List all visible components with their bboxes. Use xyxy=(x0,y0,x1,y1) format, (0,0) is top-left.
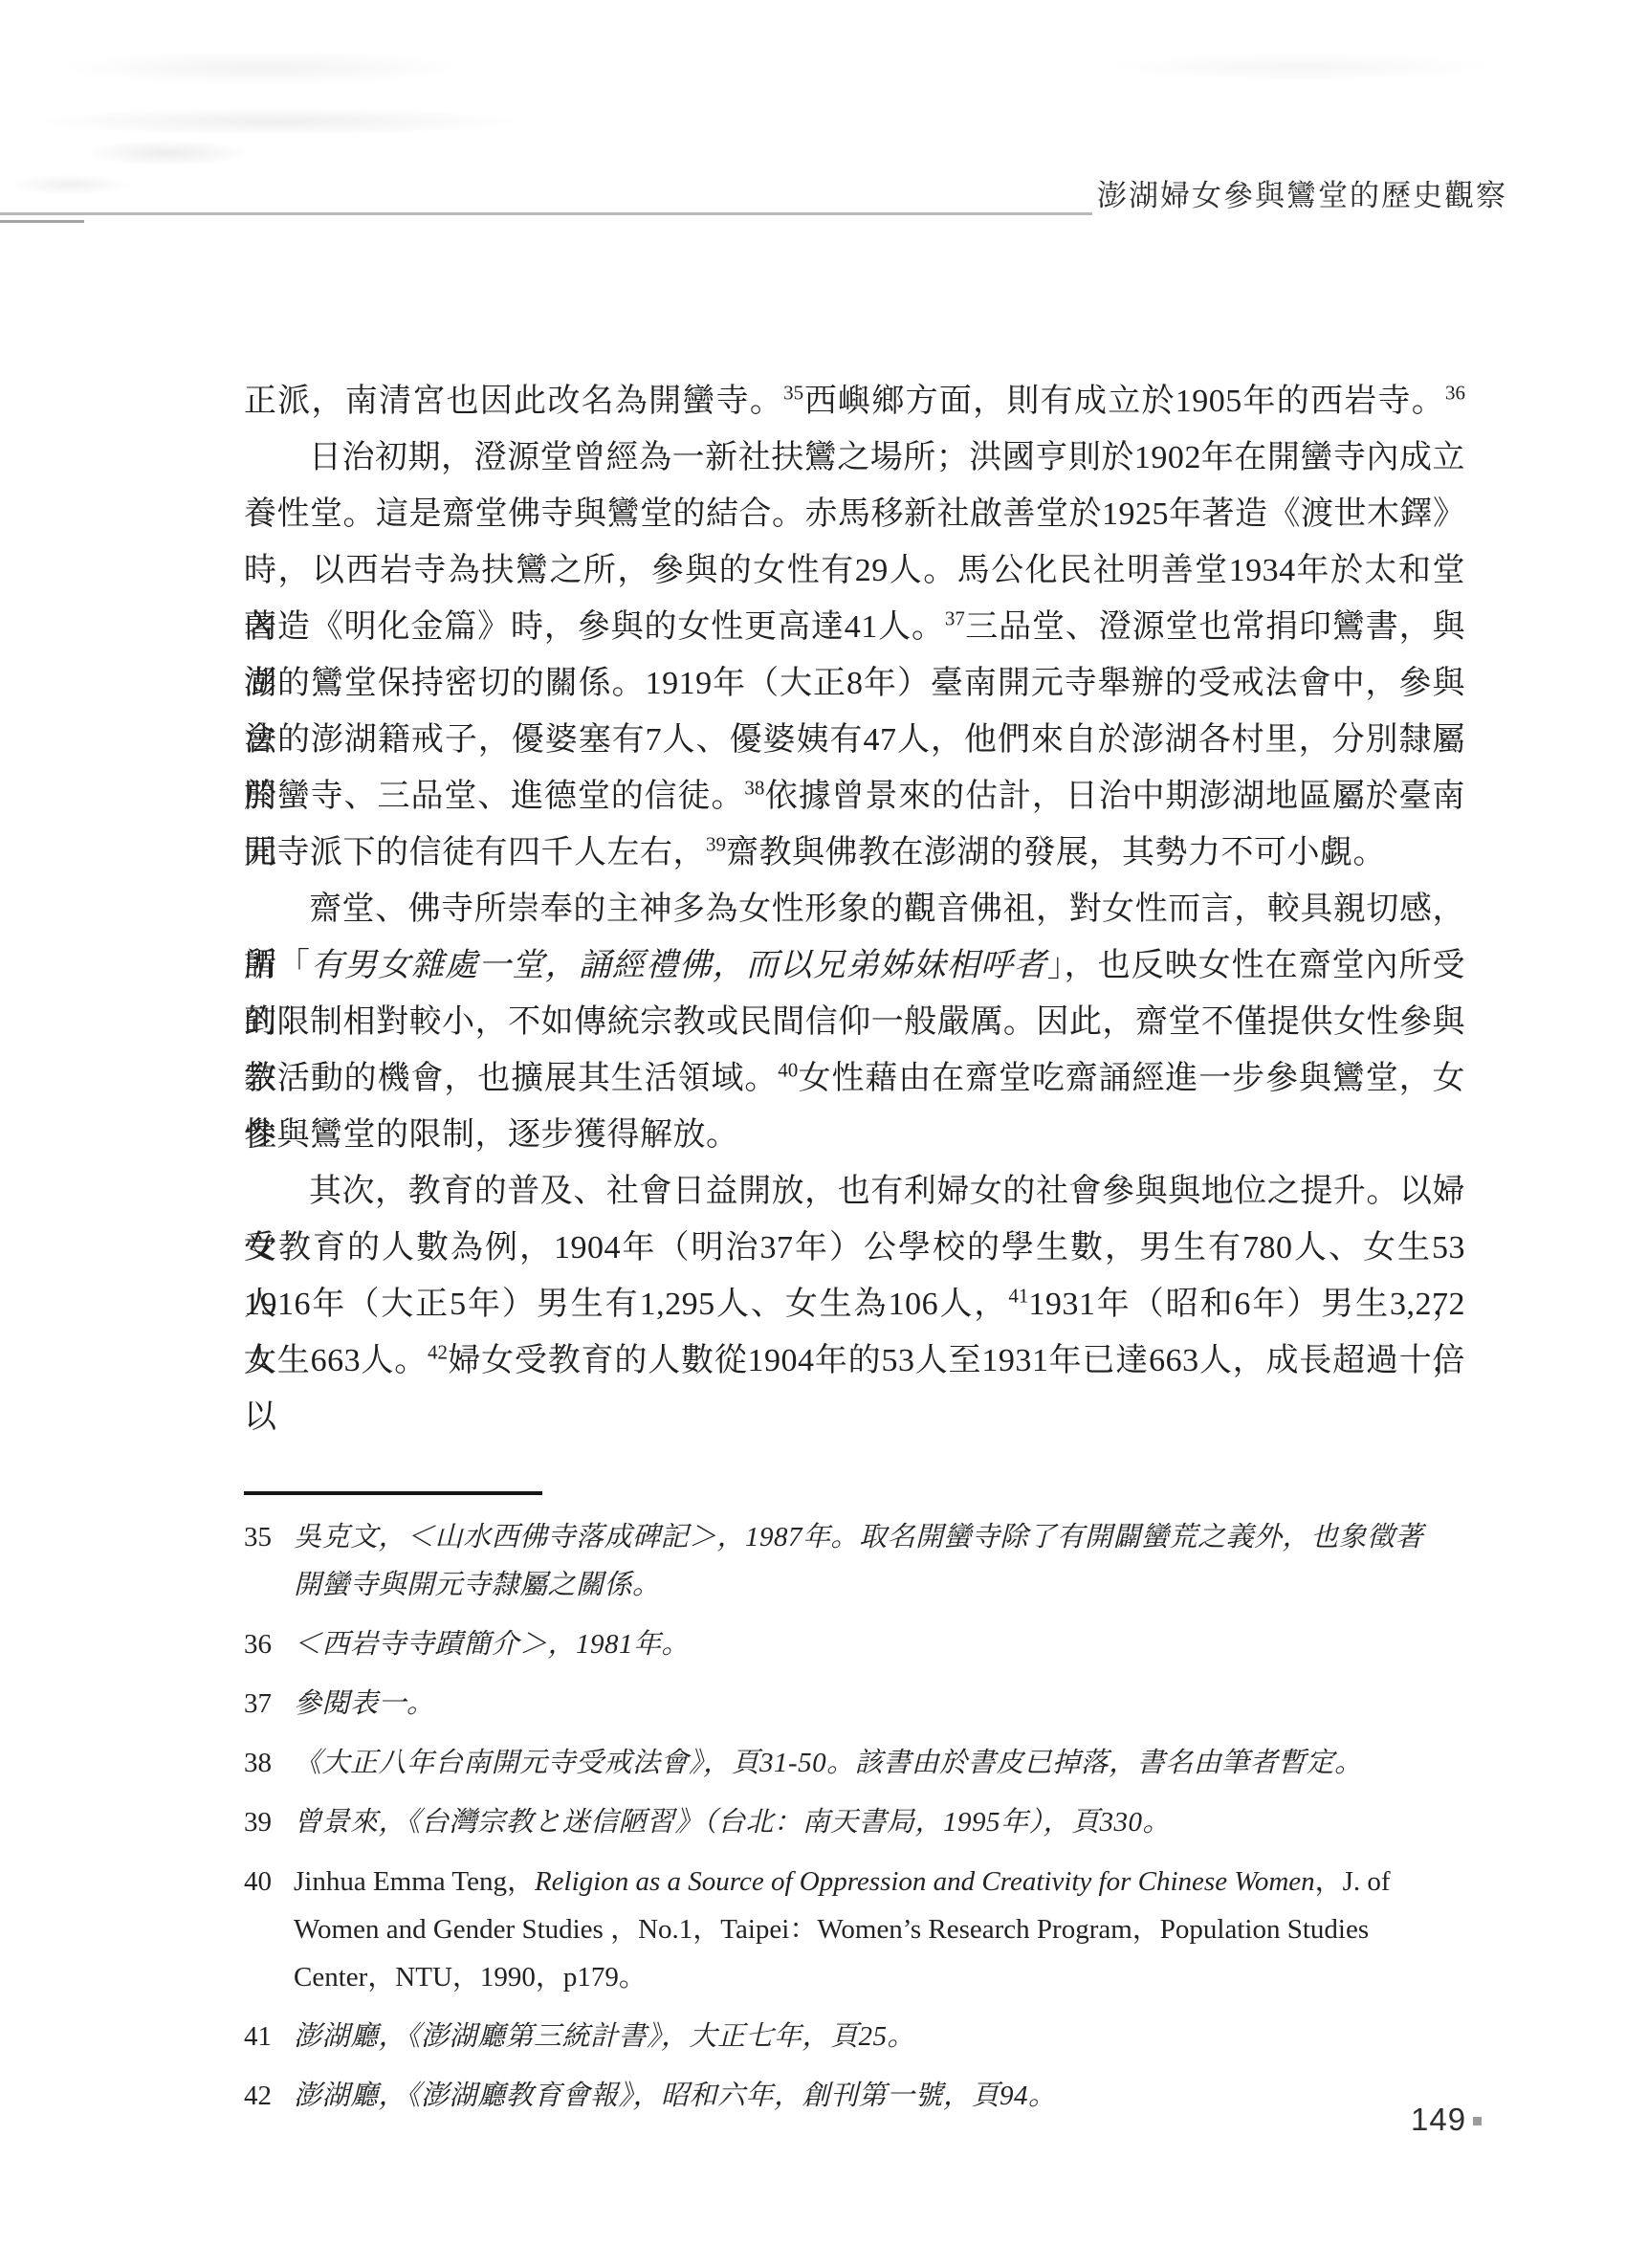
footnote-separator xyxy=(244,1491,542,1495)
text-segment: 開蠻寺與開元寺隸屬之關係。 xyxy=(294,1570,661,1600)
text-segment: 開蠻寺、三品堂、進德堂的信徒。 xyxy=(244,779,744,814)
text-line: 養性堂。這是齋堂佛寺與鸞堂的結合。赤馬移新社啟善堂於1925年著造《渡世木鐸》 xyxy=(244,486,1465,542)
footnote-line: ＜西岩寺寺蹟簡介＞，1981年。 xyxy=(294,1620,1487,1668)
footnote-line: 開蠻寺與開元寺隸屬之關係。 xyxy=(294,1561,1487,1609)
footnote: 40 Jinhua Emma Teng，Religion as a Source… xyxy=(244,1858,1487,2001)
text-line: 開蠻寺、三品堂、進德堂的信徒。38依據曾景來的估計，日治中期澎湖地區屬於臺南開 xyxy=(244,768,1465,825)
text-segment: 有男女雜處一堂，誦經禮佛，而以兄弟姊妹相呼者 xyxy=(311,948,1047,983)
body-text: 正派，南清宮也因此改名為開蠻寺。35西嶼鄉方面，則有成立於1905年的西岩寺。3… xyxy=(244,373,1465,1389)
text-segment: 謂「 xyxy=(244,948,311,983)
text-segment: Center，NTU，1990，p179。 xyxy=(294,1962,647,1993)
header-rule-stub xyxy=(0,220,84,223)
text-segment: 1916年（大正5年）男生有1,295人、女生為106人， xyxy=(244,1287,1008,1322)
page-number-marker xyxy=(1473,2117,1482,2125)
footnote-reference: 42 xyxy=(428,1341,448,1364)
scan-artifact xyxy=(24,107,531,136)
footnote-number: 36 xyxy=(244,1620,272,1668)
footnote-number: 39 xyxy=(244,1798,272,1846)
scan-artifact xyxy=(57,50,469,86)
text-line: 齋堂、佛寺所崇奉的主神多為女性形象的觀音佛祖，對女性而言，較具親切感，所 xyxy=(244,881,1465,937)
text-segment: ，J. of xyxy=(1315,1866,1391,1897)
text-segment: 齋教與佛教在澎湖的發展，其勢力不可小覷。 xyxy=(726,835,1386,870)
text-line: 元寺派下的信徒有四千人左右，39齋教與佛教在澎湖的發展，其勢力不可小覷。 xyxy=(244,825,1465,881)
footnote-reference: 38 xyxy=(744,777,764,800)
text-segment: 澎湖廳，《澎湖廳第三統計書》，大正七年，頁25。 xyxy=(294,2021,915,2052)
scan-artifact xyxy=(81,140,253,166)
footnote-number: 40 xyxy=(244,1858,272,1905)
text-segment: 著造《明化金篇》時，參與的女性更高達41人。 xyxy=(244,609,945,645)
footnote: 36 ＜西岩寺寺蹟簡介＞，1981年。 xyxy=(244,1620,1487,1668)
scan-artifact xyxy=(8,174,132,195)
scan-artifact xyxy=(1100,53,1502,81)
text-segment: 正派，南清宮也因此改名為開蠻寺。 xyxy=(244,384,783,419)
scanned-book-page: { "header": { "title": "澎湖婦女參與鸞堂的歷史觀察" }… xyxy=(0,0,1626,2268)
footnote-reference: 35 xyxy=(783,382,803,405)
footnote-line: Jinhua Emma Teng，Religion as a Source of… xyxy=(294,1858,1487,1905)
footnote-line: 《大正八年台南開元寺受戒法會》，頁31-50。該書由於書皮已掉落，書名由筆者暫定… xyxy=(294,1739,1487,1787)
footnote: 37 參閱表一。 xyxy=(244,1680,1487,1728)
text-segment: Women and Gender Studies ，No.1，Taipei：Wo… xyxy=(294,1914,1369,1945)
footnotes: 35 吳克文，＜山水西佛寺落成碑記＞，1987年。取名開蠻寺除了有開闢蠻荒之義外… xyxy=(244,1513,1487,2131)
footnote-number: 38 xyxy=(244,1739,272,1787)
text-line: 參與鸞堂的限制，逐步獲得解放。 xyxy=(244,1107,1465,1163)
text-segment: 元寺派下的信徒有四千人左右， xyxy=(244,835,706,870)
text-line: 湖的鸞堂保持密切的關係。1919年（大正8年）臺南開元寺舉辦的受戒法會中，參與法 xyxy=(244,655,1465,712)
text-line: 教活動的機會，也擴展其生活領域。40女性藉由在齋堂吃齋誦經進一步參與鸞堂，女性 xyxy=(244,1050,1465,1107)
text-segment: 女生663人。 xyxy=(244,1343,428,1378)
text-line: 時，以西岩寺為扶鸞之所，參與的女性有29人。馬公化民社明善堂1934年於太和堂內 xyxy=(244,542,1465,599)
text-segment: 參與鸞堂的限制，逐步獲得解放。 xyxy=(244,1117,739,1153)
footnote-reference: 36 xyxy=(1445,382,1465,405)
text-line: 著造《明化金篇》時，參與的女性更高達41人。37三品堂、澄源堂也常捐印鸞書，與澎 xyxy=(244,599,1465,655)
text-line: 會的澎湖籍戒子，優婆塞有7人、優婆姨有47人，他們來自於澎湖各村里，分別隸屬於 xyxy=(244,712,1465,768)
text-segment: 《大正八年台南開元寺受戒法會》，頁31-50。該書由於書皮已掉落，書名由筆者暫定… xyxy=(294,1748,1363,1778)
text-segment: ＜西岩寺寺蹟簡介＞，1981年。 xyxy=(294,1629,690,1660)
text-segment: 西嶼鄉方面，則有成立於1905年的西岩寺。 xyxy=(803,384,1445,419)
footnote-number: 42 xyxy=(244,2072,272,2120)
text-line: 日治初期，澄源堂曾經為一新社扶鸞之場所；洪國亨則於1902年在開蠻寺內成立 xyxy=(244,429,1465,486)
text-segment: 日治初期，澄源堂曾經為一新社扶鸞之場所；洪國亨則於1902年在開蠻寺內成立 xyxy=(309,440,1465,475)
text-segment: Religion as a Source of Oppression and C… xyxy=(535,1866,1315,1897)
footnote-line: 參閱表一。 xyxy=(294,1680,1487,1728)
text-segment: 曾景來，《台灣宗教と迷信陋習》（台北：南天書局，1995年），頁330。 xyxy=(294,1807,1171,1838)
running-header-title: 澎湖婦女參與鸞堂的歷史觀察 xyxy=(1097,180,1507,212)
footnote-line: 澎湖廳，《澎湖廳第三統計書》，大正七年，頁25。 xyxy=(294,2013,1487,2060)
footnote-line: Center，NTU，1990，p179。 xyxy=(294,1953,1487,2001)
text-segment: 養性堂。這是齋堂佛寺與鸞堂的結合。赤馬移新社啟善堂於1925年著造《渡世木鐸》 xyxy=(244,496,1466,532)
text-segment: 吳克文，＜山水西佛寺落成碑記＞，1987年。取名開蠻寺除了有開闢蠻荒之義外，也象… xyxy=(294,1522,1423,1552)
text-line: 謂「有男女雜處一堂，誦經禮佛，而以兄弟姊妹相呼者」，也反映女性在齋堂內所受到 xyxy=(244,937,1465,994)
footnote: 41 澎湖廳，《澎湖廳第三統計書》，大正七年，頁25。 xyxy=(244,2013,1487,2060)
header-rule xyxy=(0,212,1092,215)
footnote: 42 澎湖廳，《澎湖廳教育會報》，昭和六年，創刊第一號，頁94。 xyxy=(244,2072,1487,2120)
footnote: 38 《大正八年台南開元寺受戒法會》，頁31-50。該書由於書皮已掉落，書名由筆… xyxy=(244,1739,1487,1787)
text-line: 正派，南清宮也因此改名為開蠻寺。35西嶼鄉方面，則有成立於1905年的西岩寺。3… xyxy=(244,373,1465,429)
footnote-line: Women and Gender Studies ，No.1，Taipei：Wo… xyxy=(294,1905,1487,1953)
footnote-reference: 40 xyxy=(778,1059,798,1082)
footnote: 35 吳克文，＜山水西佛寺落成碑記＞，1987年。取名開蠻寺除了有開闢蠻荒之義外… xyxy=(244,1513,1487,1609)
text-segment: 教活動的機會，也擴展其生活領域。 xyxy=(244,1061,778,1096)
text-segment: Jinhua Emma Teng， xyxy=(294,1866,535,1897)
footnote: 39 曾景來，《台灣宗教と迷信陋習》（台北：南天書局，1995年），頁330。 xyxy=(244,1798,1487,1846)
footnote-number: 41 xyxy=(244,2013,272,2060)
footnote-number: 35 xyxy=(244,1513,272,1561)
text-line: 的限制相對較小，不如傳統宗教或民間信仰一般嚴厲。因此，齋堂不僅提供女性參與宗 xyxy=(244,994,1465,1050)
page-number: 149 xyxy=(1411,2103,1466,2137)
text-line: 其次，教育的普及、社會日益開放，也有利婦女的社會參與與地位之提升。以婦女 xyxy=(244,1163,1465,1220)
text-segment: 澎湖廳，《澎湖廳教育會報》，昭和六年，創刊第一號，頁94。 xyxy=(294,2081,1057,2111)
footnote-reference: 41 xyxy=(1008,1285,1028,1308)
text-segment: 參閱表一。 xyxy=(294,1688,435,1719)
text-line: 受教育的人數為例，1904年（明治37年）公學校的學生數，男生有780人、女生5… xyxy=(244,1220,1465,1276)
footnote-reference: 37 xyxy=(945,607,965,630)
text-line: 女生663人。42婦女受教育的人數從1904年的53人至1931年已達663人，… xyxy=(244,1332,1465,1389)
footnote-line: 澎湖廳，《澎湖廳教育會報》，昭和六年，創刊第一號，頁94。 xyxy=(294,2072,1487,2120)
footnote-reference: 39 xyxy=(706,833,726,856)
footnote-number: 37 xyxy=(244,1680,272,1728)
footnote-line: 曾景來，《台灣宗教と迷信陋習》（台北：南天書局，1995年），頁330。 xyxy=(294,1798,1487,1846)
text-line: 1916年（大正5年）男生有1,295人、女生為106人，411931年（昭和6… xyxy=(244,1276,1465,1332)
footnote-line: 吳克文，＜山水西佛寺落成碑記＞，1987年。取名開蠻寺除了有開闢蠻荒之義外，也象… xyxy=(294,1513,1487,1561)
